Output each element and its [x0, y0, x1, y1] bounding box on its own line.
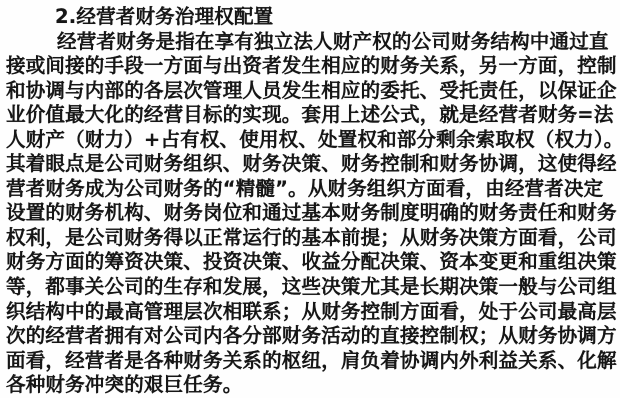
text-line: 接或间接的手段一方面与出资者发生相应的财务关系，另一方面，控制	[6, 54, 616, 79]
text-line: 次的经营者拥有对公司内各分部财务活动的直接控制权；从财务协调方	[6, 324, 616, 349]
text-line: 营者财务成为公司财务的“精髓”。从财务组织方面看，由经营者决定	[6, 177, 616, 202]
text-line: 设置的财务机构、财务岗位和通过基本财务制度明确的财务责任和财务	[6, 201, 616, 226]
text-line: 各种财务冲突的艰巨任务。	[6, 373, 616, 398]
text-line: 经营者财务是指在享有独立法人财产权的公司财务结构中通过直	[6, 30, 616, 55]
text-line: 和协调与内部的各层次管理人员发生相应的委托、受托责任，以保证企	[6, 79, 616, 104]
section-heading: 2.经营者财务治理权配置	[6, 5, 616, 30]
text-line: 织结构中的最高管理层次相联系；从财务控制方面看，处于公司最高层	[6, 300, 616, 325]
text-line: 业价值最大化的经营目标的实现。套用上述公式，就是经营者财务=法	[6, 103, 616, 128]
text-line: 权利，是公司财务得以正常运行的基本前提；从财务决策方面看，公司	[6, 226, 616, 251]
text-line: 等，都事关公司的生存和发展，这些决策尤其是长期决策一般与公司组	[6, 275, 616, 300]
paragraph: 2.经营者财务治理权配置 经营者财务是指在享有独立法人财产权的公司财务结构中通过…	[0, 0, 620, 398]
text-line: 面看，经营者是各种财务关系的枢纽，肩负着协调内外利益关系、化解	[6, 349, 616, 374]
text-line: 财务方面的筹资决策、投资决策、收益分配决策、资本变更和重组决策	[6, 250, 616, 275]
text-line: 其着眼点是公司财务组织、财务决策、财务控制和财务协调，这使得经	[6, 152, 616, 177]
document-page: 2.经营者财务治理权配置 经营者财务是指在享有独立法人财产权的公司财务结构中通过…	[0, 0, 620, 398]
text-line: 人财产（财力）+占有权、使用权、处置权和部分剩余索取权（权力）。	[6, 128, 616, 153]
